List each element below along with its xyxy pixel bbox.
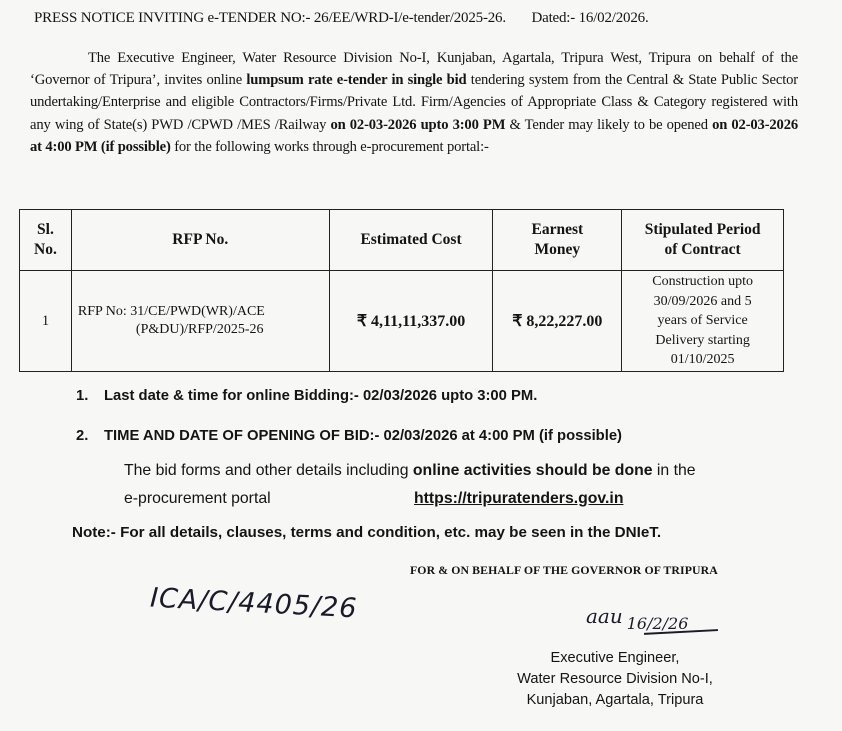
signature: aau16/2/26 [586,604,688,628]
header-sl-no: Sl.No. [20,210,72,271]
table-header-row: Sl.No. RFP No. Estimated Cost EarnestMon… [20,210,784,271]
signature-initials: aau [586,604,623,628]
cell-stipulated-period: Construction upto 30/09/2026 and 5 years… [622,271,784,372]
signatory-block: Executive Engineer, Water Resource Divis… [500,648,730,711]
signatory-division: Water Resource Division No-I, [500,669,730,690]
signatory-title: Executive Engineer, [500,648,730,669]
notice-title: PRESS NOTICE INVITING e-TENDER NO:- 26/E… [34,10,506,26]
on-behalf-line: FOR & ON BEHALF OF THE GOVERNOR OF TRIPU… [410,563,718,578]
notice-intro-paragraph: The Executive Engineer, Water Resource D… [30,47,798,158]
note-text: Note:- For all details, clauses, terms a… [72,524,661,541]
press-notice-page: PRESS NOTICE INVITING e-TENDER NO:- 26/E… [0,0,842,731]
header-rfp-no: RFP No. [71,210,329,271]
cell-rfp-no: RFP No: 31/CE/PWD(WR)/ACE(P&DU)/RFP/2025… [71,271,329,372]
intro-text-4: for the following works through e-procur… [171,139,489,155]
notice-heading: PRESS NOTICE INVITING e-TENDER NO:- 26/E… [34,10,649,27]
signatory-address: Kunjaban, Agartala, Tripura [500,690,730,711]
intro-text-3: & Tender may likely to be opened [505,117,712,133]
intro-bold-tender-type: lumpsum rate e-tender in single bid [246,72,466,88]
works-table: Sl.No. RFP No. Estimated Cost EarnestMon… [19,209,784,372]
header-earnest-money: EarnestMoney [493,210,622,271]
handwritten-reference: ICA/C/4405/26 [149,583,358,625]
cell-estimated-cost: ₹ 4,11,11,337.00 [329,271,493,372]
header-stipulated-period: Stipulated Periodof Contract [622,210,784,271]
intro-bold-bid-deadline: on 02-03-2026 upto 3:00 PM [330,117,505,133]
cell-sl-no: 1 [20,271,72,372]
table-row: 1 RFP No: 31/CE/PWD(WR)/ACE(P&DU)/RFP/20… [20,271,784,372]
list-item: 1.Last date & time for online Bidding:- … [76,388,537,404]
list-item: 2.TIME AND DATE OF OPENING OF BID:- 02/0… [76,428,622,444]
e-procurement-portal-link[interactable]: https://tripuratenders.gov.in [414,485,623,513]
cell-earnest-money: ₹ 8,22,227.00 [493,271,622,372]
portal-instructions: The bid forms and other details includin… [124,457,784,513]
notice-date: Dated:- 16/02/2026. [531,10,648,26]
header-estimated-cost: Estimated Cost [329,210,493,271]
